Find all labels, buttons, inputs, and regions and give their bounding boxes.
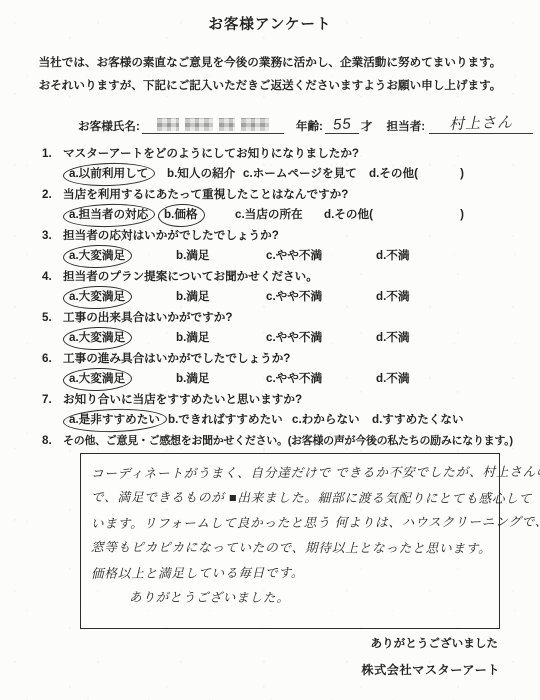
question-text: 担当者のプラン提案についてお聞かせください。 (63, 269, 318, 285)
option-label: a.大変満足 (69, 329, 125, 347)
question-item: 5. 工事の出来具合はいかがですか? a.大変満足b.満足c.やや不満d.不満 (42, 310, 508, 347)
option: c.やや不満 (266, 288, 376, 306)
close-paren: ) (460, 165, 508, 183)
option: c.当店の所在 (235, 206, 324, 224)
options-row: a.以前利用してb.知人の紹介c.ホームページを見てd.その他() (69, 165, 508, 183)
name-label: お客様氏名: (78, 118, 140, 134)
option-label: a.大変満足 (69, 288, 125, 306)
option: d.不満 (376, 288, 508, 306)
question-number: 2. (42, 187, 63, 203)
intro-line-2: おそれいりますが、下記にご記入いただきご返送くださいますようお願い申し上げます。 (0, 75, 540, 98)
option-circled: a.是非すすめたい (69, 411, 168, 429)
option-label: c.やや不満 (266, 247, 322, 265)
options-row: a.大変満足b.満足c.やや不満d.不満 (69, 329, 508, 347)
survey-scan-page: お客様アンケート 当社では、お客様の素直なご意見を今後の業務に活かし、企業活動に… (0, 0, 540, 700)
age-field: 55 (325, 116, 359, 134)
thanks-note: ありがとうございました (0, 635, 498, 651)
option-label: c.やや不満 (266, 329, 322, 347)
blank-write-in-space (373, 206, 460, 224)
option: c.やや不満 (266, 329, 376, 347)
question-list: 1. マスターアートをどのようにしてお知りになりましたか? a.以前利用してb.… (42, 146, 508, 449)
question-text: 工事の進み具合はいかがでしたでしょうか? (63, 351, 290, 367)
option-label: b.できればすすめたい (168, 411, 283, 429)
staff-label: 担当者: (387, 118, 426, 134)
company-name: 株式会社マスターアート (361, 661, 500, 678)
age-label: 年齢: (296, 118, 323, 134)
option-label: b.満足 (176, 288, 210, 306)
intro-text: 当社では、お客様の素直なご意見を今後の業務に活かし、企業活動に努めてまいります。… (0, 52, 540, 97)
option-label: a.是非すすめたい (69, 411, 160, 429)
option: d.すすめたくない (372, 411, 508, 429)
pixelated-name-block (157, 118, 179, 131)
options-row: a.大変満足b.満足c.やや不満d.不満 (69, 247, 508, 265)
option: c.やや不満 (266, 370, 376, 388)
respondent-row: お客様氏名: 年齢: 55 才 担当者: 村上さん (78, 108, 540, 134)
option: b.知人の紹介 (167, 165, 243, 183)
option-label: d.すすめたくない (372, 411, 464, 429)
option-label: d.不満 (376, 370, 410, 388)
staff-field: 村上さん (429, 112, 533, 134)
option-label: c.わからない (292, 411, 360, 429)
option-label: b.知人の紹介 (167, 165, 235, 183)
option-label: d.不満 (376, 329, 410, 347)
option-label: a.大変満足 (69, 247, 125, 265)
question-item: 3. 担当者の応対はいかがでしたでしょうか? a.大変満足b.満足c.やや不満d… (42, 228, 508, 265)
option: d.不満 (376, 329, 508, 347)
option: b.満足 (176, 288, 266, 306)
option-label: b.満足 (176, 370, 210, 388)
question-number: 4. (42, 269, 63, 285)
option-label: c.当店の所在 (235, 206, 303, 224)
close-paren: ) (460, 206, 508, 224)
option: d.不満 (376, 370, 508, 388)
question-item: 6. 工事の進み具合はいかがでしたでしょうか? a.大変満足b.満足c.やや不満… (42, 351, 508, 388)
question-text: 工事の出来具合はいかがですか? (63, 310, 232, 326)
staff-value-handwritten: 村上さん (449, 111, 514, 134)
age-unit: 才 (361, 118, 373, 134)
option-label: b.満足 (176, 247, 210, 265)
question-item: 8. その他、ご意見・ご感想をお聞かせください。(お客様の声が今後の私たちの励み… (42, 433, 508, 449)
option-circled: a.大変満足 (69, 329, 176, 347)
option-label: d.不満 (376, 288, 410, 306)
option-circled: a.以前利用して (69, 165, 167, 183)
option: b.満足 (176, 329, 266, 347)
handwritten-comment-line: で、満足できるものが ■出来ました。細部に渡る気配りにとても感心して (91, 485, 490, 511)
age-value-handwritten: 55 (332, 116, 352, 134)
options-row: a.大変満足b.満足c.やや不満d.不満 (69, 370, 508, 388)
option: d.その他() (369, 165, 508, 183)
option: b.満足 (176, 247, 266, 265)
options-row: a.大変満足b.満足c.やや不満d.不満 (69, 288, 508, 306)
option-label: d.その他( (369, 165, 418, 183)
question-text: その他、ご意見・ご感想をお聞かせください。(お客様の声が今後の私たちの励みになり… (63, 433, 513, 449)
comment-box: コーディネートがうまく、自分達だけで できるか不安でしたが、村上さんのアドバイス… (80, 453, 500, 629)
option-label: b.価格 (164, 206, 198, 224)
question-number: 1. (42, 146, 63, 162)
question-item: 2. 当店を利用するにあたって重視したことはなんですか? a.担当者の対応b.価… (42, 187, 508, 224)
option: d.その他() (324, 206, 508, 224)
question-text: 当店を利用するにあたって重視したことはなんですか? (63, 187, 348, 203)
intro-line-1: 当社では、お客様の素直なご意見を今後の業務に活かし、企業活動に努めてまいります。 (0, 52, 540, 75)
option-label: a.大変満足 (69, 370, 125, 388)
option-label: c.ホームページを見て (243, 165, 357, 183)
option-label: d.不満 (376, 247, 410, 265)
option-label: a.担当者の対応 (69, 206, 148, 224)
option: c.ホームページを見て (243, 165, 369, 183)
question-number: 8. (42, 433, 63, 449)
options-row: a.担当者の対応b.価格c.当店の所在d.その他() (69, 206, 508, 224)
question-number: 3. (42, 228, 63, 244)
name-field-redacted (142, 118, 284, 134)
question-item: 7. お知り合いに当店をすすめたいと思いますか? a.是非すすめたいb.できれば… (42, 392, 508, 429)
option: b.できればすすめたい (168, 411, 292, 429)
option: c.やや不満 (266, 247, 376, 265)
question-text: お知り合いに当店をすすめたいと思いますか? (63, 392, 302, 408)
option: c.わからない (292, 411, 372, 429)
option-label: d.その他( (324, 206, 373, 224)
handwritten-comment-line: ありがとうございました。 (129, 586, 490, 612)
option-label: b.満足 (176, 329, 210, 347)
page-title: お客様アンケート (0, 0, 540, 34)
option: b.満足 (176, 370, 266, 388)
question-item: 4. 担当者のプラン提案についてお聞かせください。 a.大変満足b.満足c.やや… (42, 269, 508, 306)
option-circled: a.担当者の対応 (69, 206, 164, 224)
handwritten-comment-line: 価格以上と満足している毎日です。 (91, 560, 490, 587)
blank-write-in-space (418, 165, 460, 183)
handwritten-comment-line: 窓等もピカピカになっていたので、期待以上となったと思います。 (91, 535, 490, 561)
handwritten-comment-line: コーディネートがうまく、自分達だけで できるか不安でしたが、村上さんのアドバイス (91, 460, 490, 487)
option-label: a.以前利用して (69, 165, 148, 183)
question-text: 担当者の応対はいかがでしたでしょうか? (63, 228, 279, 244)
option: d.不満 (376, 247, 508, 265)
question-number: 5. (42, 310, 63, 326)
question-number: 6. (42, 351, 63, 367)
pixelated-name-block (185, 118, 213, 131)
option-circled: a.大変満足 (69, 288, 176, 306)
question-item: 1. マスターアートをどのようにしてお知りになりましたか? a.以前利用してb.… (42, 146, 508, 183)
pixelated-name-block (241, 118, 269, 131)
option-circled: a.大変満足 (69, 370, 176, 388)
handwritten-comment-line: います。リフォームして良かったと思う 何よりは、ハウスクリーニングで、※ (91, 510, 490, 537)
option-label: c.やや不満 (266, 370, 322, 388)
option-circled: b.価格 (164, 206, 235, 224)
question-number: 7. (42, 392, 63, 408)
pixelated-name-block (219, 118, 235, 131)
options-row: a.是非すすめたいb.できればすすめたいc.わからないd.すすめたくない (69, 411, 508, 429)
question-text: マスターアートをどのようにしてお知りになりましたか? (63, 146, 359, 162)
option-circled: a.大変満足 (69, 247, 176, 265)
option-label: c.やや不満 (266, 288, 322, 306)
